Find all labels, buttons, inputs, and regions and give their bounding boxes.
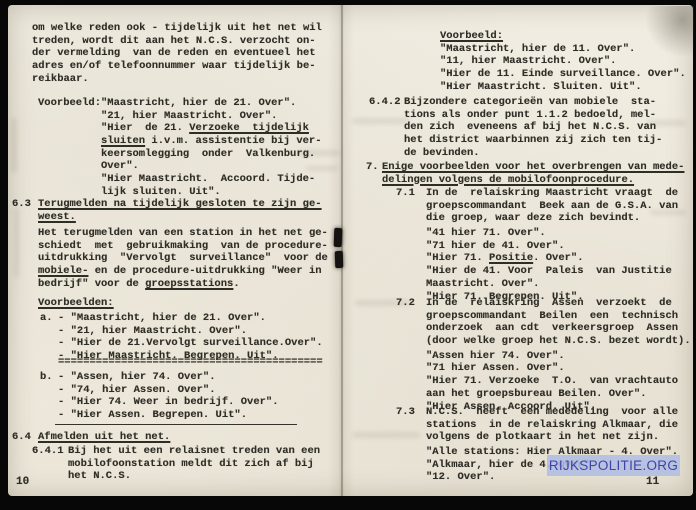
text-line: "21, hier Maastricht. Over". [101,110,322,123]
text-line: volgens de plotkaart in het net zijn. [426,431,678,444]
text-line: "Assen hier 74. Over". [426,350,691,363]
text-line: Maastricht. Over". [426,278,678,291]
text-line: Bij het uit een relaisnet treden van een [68,445,320,458]
text-line: - "Hier Assen. Begrepen. Uit". [58,409,279,422]
section-heading-lines: Terugmelden na tijdelijk gesloten te zij… [38,198,322,223]
section-number: 6.4 [12,431,38,444]
text-line: het district waarbinnen zij zich ten tij… [404,134,662,147]
text-line: mobilofoonstation meldt dit zich af bij [68,458,320,471]
text-line: "71 hier de 41. Over". [426,240,678,253]
text-line: Enige voorbeelden voor het overbrengen v… [382,161,684,174]
text-line: het N.C.S. [68,470,320,483]
text-line: sluiten i.v.m. assistentie bij ver- [101,135,322,148]
item-body-lines: Bij het uit een relaisnet treden van een… [68,445,320,483]
text-line: In de relaiskring Assen verzoekt de [426,297,691,310]
text-line: - "Maastricht, hier de 21. Over". [58,312,323,325]
left-intro-paragraph: om welke reden ook - tijdelijk uit het n… [32,22,322,85]
text-line: groepscommandant Beilen een technisch [426,310,691,323]
item-paragraph-lines: In de relaiskring Maastricht vraagt degr… [426,187,678,225]
text-line: adres en/of telefoonnummer waar tijdelij… [32,60,322,73]
text-line: treden, wordt dit aan het N.C.S. verzoch… [32,35,322,48]
item-number: 6.4.2 [369,96,404,109]
section-heading-lines: Enige voorbeelden voor het overbrengen v… [382,161,684,186]
page-number-left: 10 [16,476,29,488]
item-paragraph-lines: In de relaiskring Assen verzoekt degroep… [426,297,691,348]
text-line: "Maastricht, hier de 21. Over". [101,97,322,110]
voorbeeld-lines: "Maastricht, hier de 21. Over"."21, hier… [101,97,322,199]
text-line: "Hier Maastricht. Accoord. Tijde- [101,173,322,186]
text-line: lijk sluiten. Uit". [101,186,322,199]
text-line: om welke reden ook - tijdelijk uit het n… [32,22,322,35]
equals-divider: ========================================… [58,356,323,368]
text-line: - "Assen, hier 74. Over". [58,371,279,384]
section-6-3-heading: 6.3 Terugmelden na tijdelijk gesloten te… [12,198,322,223]
text-line: uitdrukking "Vervolgt surveillance" voor… [38,252,328,265]
item-number: 7.1 [396,187,426,200]
section-number: 7. [366,161,382,174]
text-line: (door welke groep het N.C.S. bezet wordt… [426,335,691,348]
item-number: 7.3 [396,406,426,419]
item-quote-lines: "41 hier 71. Over"."71 hier de 41. Over"… [426,227,678,303]
item-7-1: 7.1 In de relaiskring Maastricht vraagt … [396,187,678,303]
right-voorbeeld-block: Voorbeeld: "Maastricht, hier de 11. Over… [440,30,686,93]
text-line: Bijzondere categorieën van mobiele sta- [404,96,662,109]
text-line: de bevinden. [404,147,662,160]
text-line: onderzoek aan cdt verkeersgroep Assen [426,322,691,335]
text-line: N.C.S. heeft een mededeling voor alle [426,406,678,419]
text-line: "Maastricht, hier de 11. Over". [440,43,686,56]
text-line: "Hier de 21. Verzoeke tijdelijk [101,122,322,135]
bleed-through-smudge [11,118,17,173]
text-line: "Hier de 11. Einde surveillance. Over". [440,68,686,81]
text-line: "Hier 71. Verzoeke T.O. van vrachtauto [426,375,691,388]
text-line: mobiele- en de procedure-uitdrukking "We… [38,265,328,278]
text-line: der vermelding van de reden en eventueel… [32,47,322,60]
staple-top [334,228,343,247]
page-number-right: 11 [646,476,659,488]
text-line: "71 hier Assen. Over". [426,362,691,375]
text-line: Over". [101,160,322,173]
text-line: - "Hier de 21.Vervolgt surveillance.Over… [58,337,323,350]
item-quote-lines: "Assen hier 74. Over"."71 hier Assen. Ov… [426,350,691,413]
section-6-3-body: Het terugmelden van een station in het n… [38,227,328,290]
text-line: delingen volgens de mobilofoonprocedure. [382,174,684,187]
text-line: - "21, hier Maastricht. Over". [58,325,323,338]
text-line: groepscommandant Beek aan de G.S.A. van [426,200,678,213]
text-line: die groep, waar deze zich bevindt. [426,212,678,225]
text-line: weest. [38,211,322,224]
text-line: reikbaar. [32,73,322,86]
voorbeelden-label: Voorbeelden: [38,297,114,310]
staple-bottom [335,251,344,268]
section-7-heading: 7. Enige voorbeelden voor het overbrenge… [366,161,684,186]
section-number: 6.3 [12,198,38,211]
voorbeeld-label: Voorbeeld: [440,30,686,43]
scanned-book-spread: om welke reden ook - tijdelijk uit het n… [0,0,696,510]
item-body-lines: Bijzondere categorieën van mobiele sta-t… [404,96,662,159]
text-line: "11, hier Maastricht. Over". [440,55,686,68]
text-line: "Hier 71. Positie. Over". [426,252,678,265]
text-line: tions als onder punt 1.1.2 bedoeld, mel- [404,109,662,122]
horizontal-rule [55,424,297,425]
voorbeeld-lines: "Maastricht, hier de 11. Over"."11, hier… [440,43,686,94]
text-line: den zich eveneens af bij het N.C.S. van [404,121,662,134]
left-voorbeeld-block: Voorbeeld: "Maastricht, hier de 21. Over… [38,97,322,199]
voorbeeld-label: Voorbeeld: [38,97,101,110]
example-lines: - "Assen, hier 74. Over".- "74, hier Ass… [58,371,279,422]
text-line: schiedt met gebruikmaking van de procedu… [38,240,328,253]
section-heading: Afmelden uit het net. [38,431,170,444]
section-6-4-heading: 6.4 Afmelden uit het net. [12,431,170,444]
item-6-4-1: 6.4.1 Bij het uit een relaisnet treden v… [32,445,320,483]
text-line: "Hier de 41. Voor Paleis van Justitie [426,265,678,278]
example-b-block: b. - "Assen, hier 74. Over".- "74, hier … [40,371,279,422]
text-line: bedrijf" voor de groepsstations. [38,278,328,291]
item-number: 6.4.1 [32,445,68,458]
text-line: Terugmelden na tijdelijk gesloten te zij… [38,198,322,211]
text-line: - "Hier 74. Weer in bedrijf. Over". [58,396,279,409]
item-paragraph-lines: N.C.S. heeft een mededeling voor allesta… [426,406,678,444]
text-line: Het terugmelden van een station in het n… [38,227,328,240]
text-line: "Hier Maastricht. Sluiten. Uit". [440,81,686,94]
text-line: aan het groepsbureau Beilen. Over". [426,388,691,401]
text-line: In de relaiskring Maastricht vraagt de [426,187,678,200]
example-marker: b. [40,371,58,384]
item-6-4-2: 6.4.2 Bijzondere categorieën van mobiele… [369,96,662,159]
item-7-2: 7.2 In de relaiskring Assen verzoekt deg… [396,297,691,413]
text-line: "41 hier 71. Over". [426,227,678,240]
text-line: keersomlegging onder Valkenburg. [101,148,322,161]
rijkspolitie-watermark: RIJKSPOLITIE.ORG [547,455,680,476]
text-line: - "74, hier Assen. Over". [58,384,279,397]
example-marker: a. [40,312,58,325]
item-number: 7.2 [396,297,426,310]
text-line: stations in de relaiskring Alkmaar, die [426,419,678,432]
